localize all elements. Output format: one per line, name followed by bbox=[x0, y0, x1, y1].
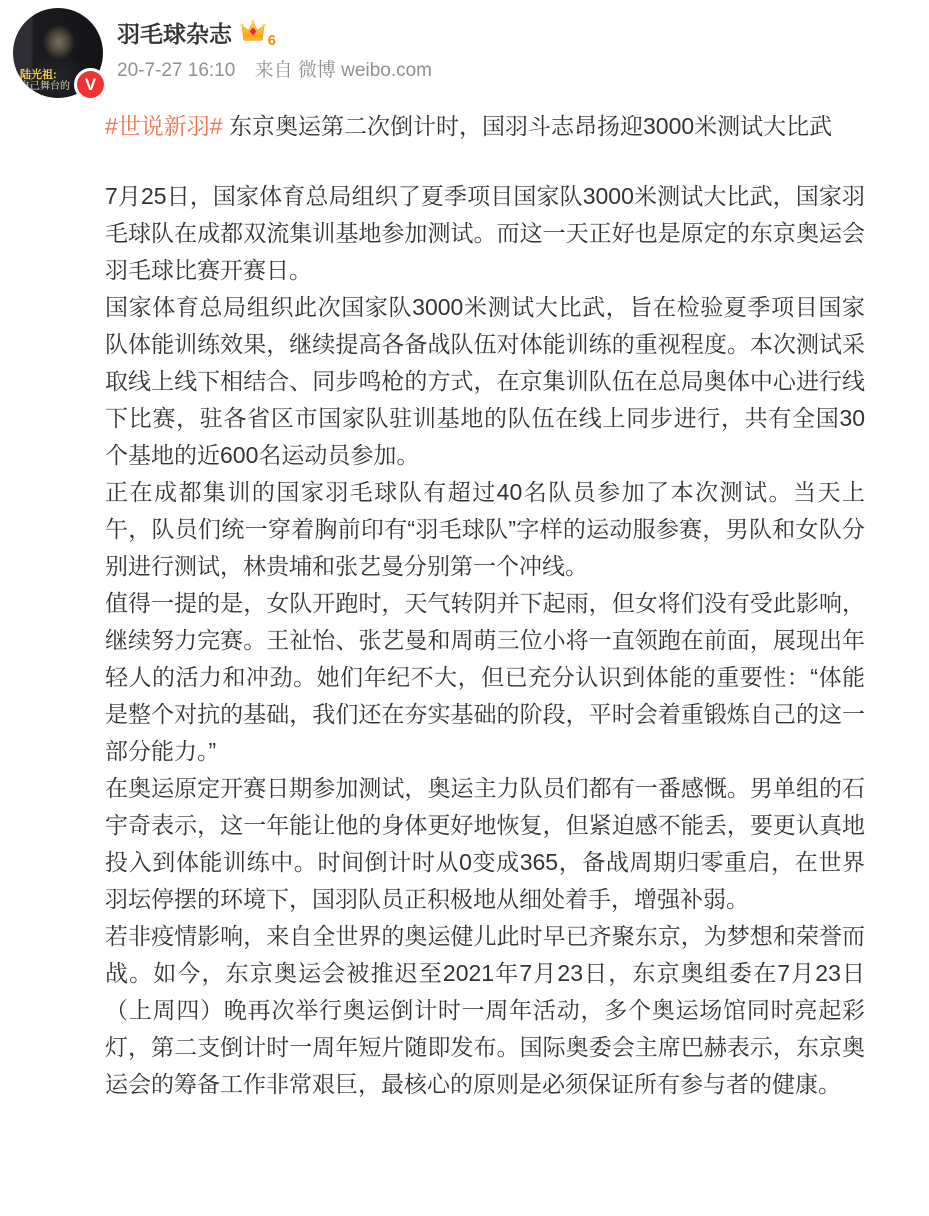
avatar-caption-line2: 自己舞台的 bbox=[20, 81, 70, 93]
vip-level-number: 6 bbox=[268, 32, 276, 49]
source-link[interactable]: 微博 weibo.com bbox=[298, 60, 432, 81]
avatar[interactable]: 陆光祖: 自己舞台的 V bbox=[13, 8, 103, 98]
hashtag-link[interactable]: #世说新羽# bbox=[105, 113, 223, 139]
post-title-text: 东京奥运第二次倒计时，国羽斗志昂扬迎3000米测试大比武 bbox=[223, 113, 833, 139]
weibo-post: 陆光祖: 自己舞台的 V 羽毛球杂志 bbox=[0, 0, 929, 1103]
username[interactable]: 羽毛球杂志 bbox=[117, 16, 232, 49]
paragraph: 正在成都集训的国家羽毛球队有超过40名队员参加了本次测试。当天上午，队员们统一穿… bbox=[105, 474, 865, 585]
post-meta: 20-7-27 16:10 来自 微博 weibo.com bbox=[117, 55, 432, 82]
paragraph: 在奥运原定开赛日期参加测试，奥运主力队员们都有一番感慨。男单组的石宇奇表示，这一… bbox=[105, 770, 865, 918]
header-text: 羽毛球杂志 bbox=[117, 16, 432, 82]
post-title-line: #世说新羽# 东京奥运第二次倒计时，国羽斗志昂扬迎3000米测试大比武 bbox=[105, 108, 865, 145]
verified-badge-icon: V bbox=[74, 68, 107, 101]
post-content: #世说新羽# 东京奥运第二次倒计时，国羽斗志昂扬迎3000米测试大比武 7月25… bbox=[105, 108, 865, 1103]
name-row: 羽毛球杂志 bbox=[117, 16, 432, 48]
post-header: 陆光祖: 自己舞台的 V 羽毛球杂志 bbox=[0, 0, 929, 98]
paragraph: 值得一提的是，女队开跑时，天气转阴并下起雨，但女将们没有受此影响，继续努力完赛。… bbox=[105, 585, 865, 770]
avatar-caption: 陆光祖: 自己舞台的 bbox=[20, 69, 70, 93]
avatar-caption-line1: 陆光祖: bbox=[20, 69, 70, 81]
paragraph: 7月25日，国家体育总局组织了夏季项目国家队3000米测试大比武，国家羽毛球队在… bbox=[105, 178, 865, 289]
vip-crown-icon: 6 bbox=[240, 17, 276, 47]
timestamp: 20-7-27 16:10 bbox=[117, 60, 235, 81]
source-prefix: 来自 bbox=[255, 60, 293, 81]
paragraph: 若非疫情影响，来自全世界的奥运健儿此时早已齐聚东京，为梦想和荣誉而战。如今，东京… bbox=[105, 918, 865, 1103]
paragraph: 国家体育总局组织此次国家队3000米测试大比武，旨在检验夏季项目国家队体能训练效… bbox=[105, 289, 865, 474]
